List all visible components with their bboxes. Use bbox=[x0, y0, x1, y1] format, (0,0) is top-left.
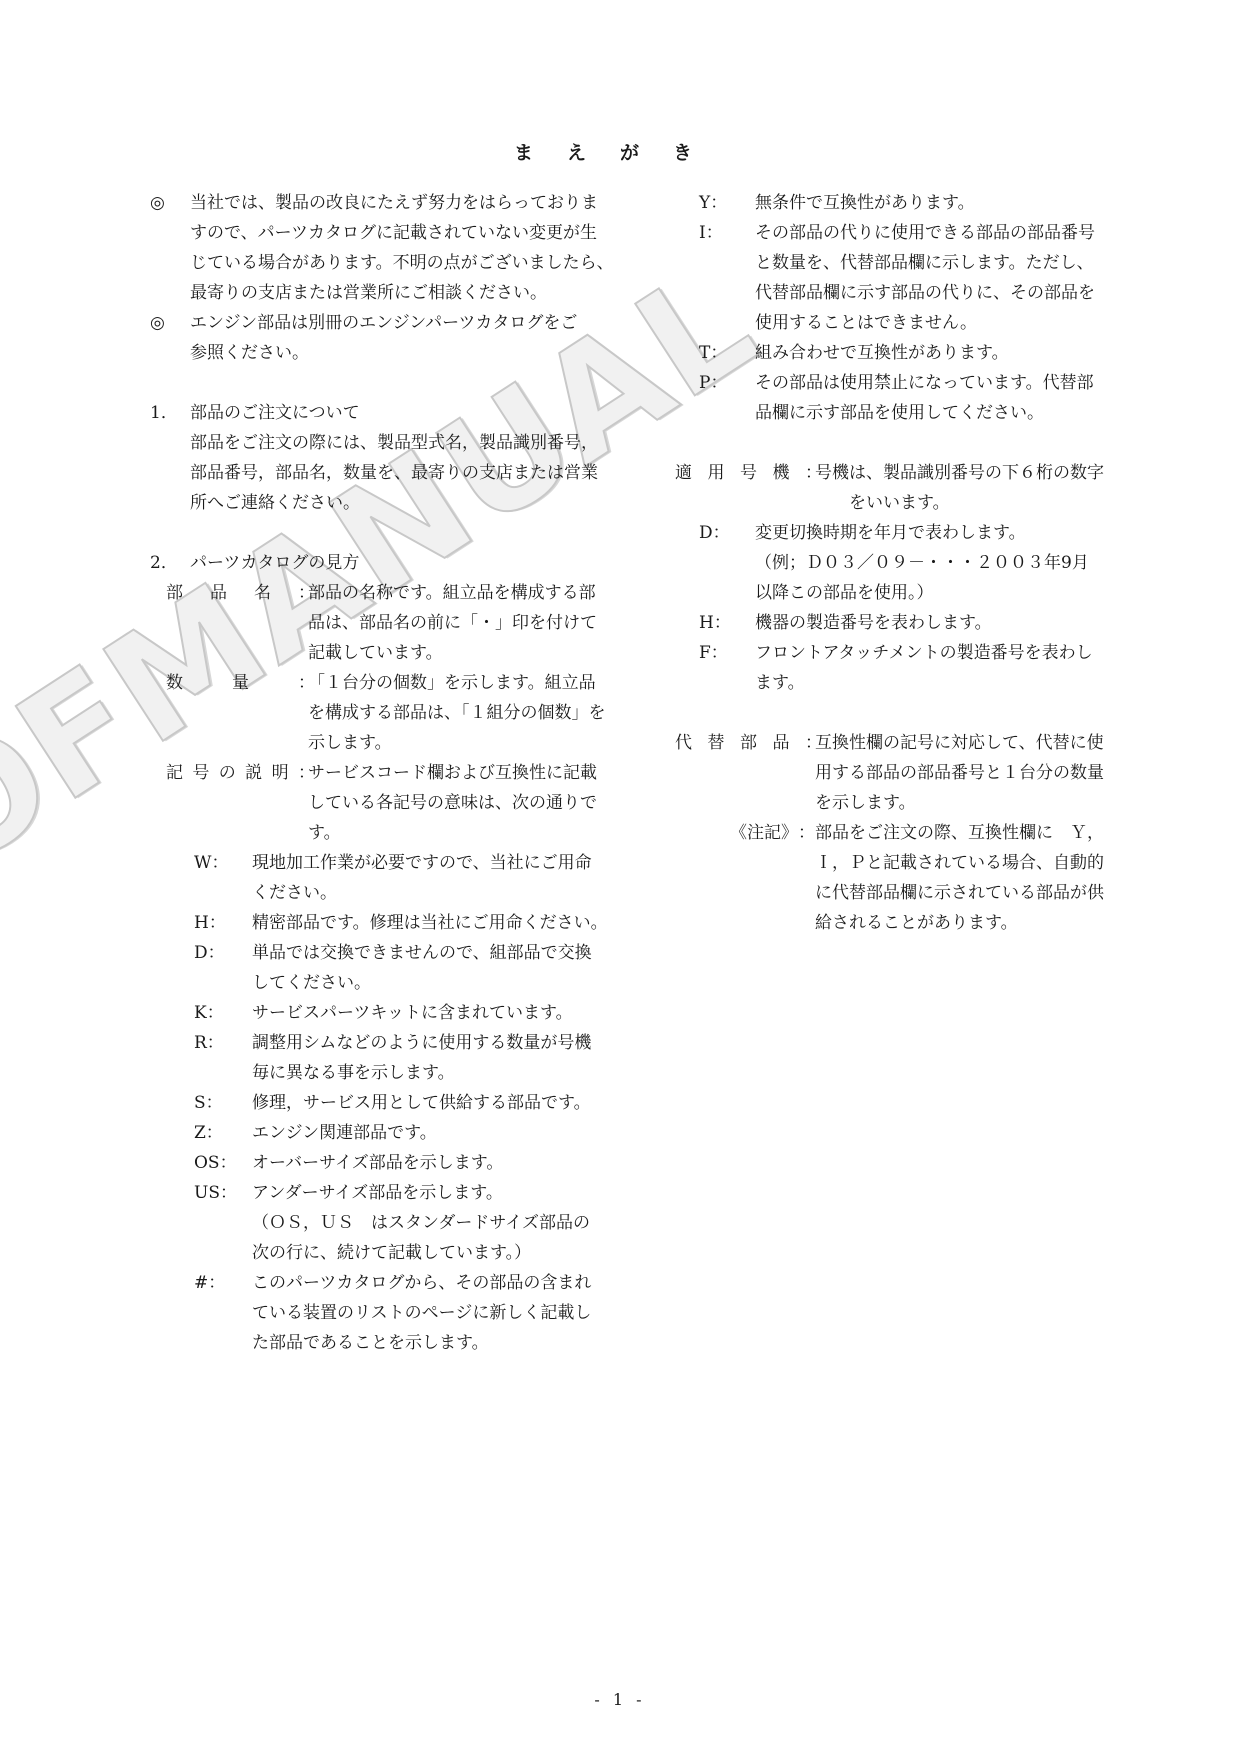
definition-line: 示します。 bbox=[308, 728, 630, 758]
note-line: 給されることがあります。 bbox=[815, 908, 1145, 938]
code-label: S： bbox=[150, 1088, 252, 1118]
note-annotation: 《注記》： 部品をご注文の際、互換性欄に Ｙ， Ｉ，Ｐと記載されている場合、自動… bbox=[675, 818, 1145, 938]
compat-code-p: P： その部品は使用禁止になっています。代替部 品欄に示す部品を使用してください… bbox=[675, 368, 1145, 428]
compat-code-t: T： 組み合わせで互換性があります。 bbox=[675, 338, 1145, 368]
note-line: 部品をご注文の際、互換性欄に Ｙ， bbox=[815, 818, 1145, 848]
double-circle-icon: ◎ bbox=[150, 308, 190, 368]
right-column: Y： 無条件で互換性があります。 I： その部品の代りに使用できる部品の部品番号… bbox=[675, 188, 1145, 938]
note-2: ◎ エンジン部品は別冊のエンジンパーツカタログをご 参照ください。 bbox=[150, 308, 630, 368]
definition-label: 適 用 号 機 ： bbox=[675, 458, 815, 518]
compat-code-i: I： その部品の代りに使用できる部品の部品番号 と数量を、代替部品欄に示します。… bbox=[675, 218, 1145, 338]
code-os: OS： オーバーサイズ部品を示します。 bbox=[150, 1148, 630, 1178]
code-line: 単品では交換できませんので、組部品で交換 bbox=[252, 938, 630, 968]
code-s: S： 修理，サービス用として供給する部品です。 bbox=[150, 1088, 630, 1118]
definition-line: をいいます。 bbox=[815, 488, 1145, 518]
code-line: ます。 bbox=[755, 668, 1145, 698]
code-us: US： アンダーサイズ部品を示します。 （ＯＳ，ＵＳ はスタンダードサイズ部品の… bbox=[150, 1178, 630, 1268]
code-label: T： bbox=[675, 338, 755, 368]
code-line: 無条件で互換性があります。 bbox=[755, 188, 1145, 218]
code-label: P： bbox=[675, 368, 755, 428]
section-2-heading: 2． パーツカタログの見方 bbox=[150, 548, 630, 578]
definition-line: を構成する部品は、「１組分の個数」を bbox=[308, 698, 630, 728]
definition-line: サービスコード欄および互換性に記載 bbox=[308, 758, 630, 788]
serial-code-d: D： 変更切換時期を年月で表わします。 （例；Ｄ０３／０９－・・・２００３年9月… bbox=[675, 518, 1145, 608]
section-number: 2． bbox=[150, 548, 190, 578]
code-line: ている装置のリストのページに新しく記載し bbox=[252, 1298, 630, 1328]
definition-label: 数 量 ： bbox=[150, 668, 308, 758]
code-label: D： bbox=[150, 938, 252, 998]
code-label: Y： bbox=[675, 188, 755, 218]
code-line: その部品は使用禁止になっています。代替部 bbox=[755, 368, 1145, 398]
section-heading: 部品のご注文について bbox=[190, 398, 630, 428]
definition-quantity: 数 量 ： 「１台分の個数」を示します。組立品 を構成する部品は、「１組分の個数… bbox=[150, 668, 630, 758]
code-line: 代替部品欄に示す部品の代りに、その部品を bbox=[755, 278, 1145, 308]
note-1: ◎ 当社では、製品の改良にたえず努力をはらっておりま すので、パーツカタログに記… bbox=[150, 188, 630, 308]
compat-code-y: Y： 無条件で互換性があります。 bbox=[675, 188, 1145, 218]
definition-line: 互換性欄の記号に対応して、代替に使 bbox=[815, 728, 1145, 758]
left-column: ◎ 当社では、製品の改良にたえず努力をはらっておりま すので、パーツカタログに記… bbox=[150, 188, 630, 1358]
code-line: 使用することはできません。 bbox=[755, 308, 1145, 338]
code-label: H： bbox=[150, 908, 252, 938]
code-label: D： bbox=[675, 518, 755, 608]
code-line: このパーツカタログから、その部品の含まれ bbox=[252, 1268, 630, 1298]
definition-line: を示します。 bbox=[815, 788, 1145, 818]
definition-symbol-explanation: 記 号 の 説 明 ： サービスコード欄および互換性に記載 している各記号の意味… bbox=[150, 758, 630, 848]
definition-label: 記 号 の 説 明 ： bbox=[150, 758, 308, 848]
section-line: 部品をご注文の際には、製品型式名，製品識別番号， bbox=[190, 428, 630, 458]
code-label: I： bbox=[675, 218, 755, 338]
definition-line: 品は、部品名の前に「・」印を付けて bbox=[308, 608, 630, 638]
code-w: W： 現地加工作業が必要ですので、当社にご用命 ください。 bbox=[150, 848, 630, 908]
note-label-wrap: 《注記》： bbox=[675, 818, 815, 938]
note-line: Ｉ，Ｐと記載されている場合、自動的 bbox=[815, 848, 1145, 878]
definition-line: 記載しています。 bbox=[308, 638, 630, 668]
code-label: W： bbox=[150, 848, 252, 908]
code-line: 品欄に示す部品を使用してください。 bbox=[755, 398, 1145, 428]
code-line: 機器の製造番号を表わします。 bbox=[755, 608, 1145, 638]
code-line: と数量を、代替部品欄に示します。ただし、 bbox=[755, 248, 1145, 278]
section-line: 部品番号，部品名，数量を、最寄りの支店または営業 bbox=[190, 458, 630, 488]
code-line: （例；Ｄ０３／０９－・・・２００３年9月 bbox=[755, 548, 1145, 578]
code-line: 修理，サービス用として供給する部品です。 bbox=[252, 1088, 630, 1118]
code-label: K： bbox=[150, 998, 252, 1028]
code-label: OS： bbox=[150, 1148, 252, 1178]
note-line: 最寄りの支店または営業所にご相談ください。 bbox=[190, 278, 630, 308]
code-h: H： 精密部品です。修理は当社にご用命ください。 bbox=[150, 908, 630, 938]
code-line: フロントアタッチメントの製造番号を表わし bbox=[755, 638, 1145, 668]
code-line: 変更切換時期を年月で表わします。 bbox=[755, 518, 1145, 548]
code-z: Z： エンジン関連部品です。 bbox=[150, 1118, 630, 1148]
code-line: 精密部品です。修理は当社にご用命ください。 bbox=[252, 908, 630, 938]
page-title: まえがき bbox=[0, 138, 1240, 165]
code-line: アンダーサイズ部品を示します。 bbox=[252, 1178, 630, 1208]
code-line: た部品であることを示します。 bbox=[252, 1328, 630, 1358]
definition-line: している各記号の意味は、次の通りで bbox=[308, 788, 630, 818]
note-line: エンジン部品は別冊のエンジンパーツカタログをご bbox=[190, 308, 630, 338]
note-line: に代替部品欄に示されている部品が供 bbox=[815, 878, 1145, 908]
definition-substitute: 代 替 部 品 ： 互換性欄の記号に対応して、代替に使 用する部品の部品番号と１… bbox=[675, 728, 1145, 818]
page-number: - 1 - bbox=[0, 1690, 1240, 1709]
code-label: Z： bbox=[150, 1118, 252, 1148]
section-number: 1． bbox=[150, 398, 190, 518]
note-line: じている場合があります。不明の点がございましたら、 bbox=[190, 248, 630, 278]
code-line: その部品の代りに使用できる部品の部品番号 bbox=[755, 218, 1145, 248]
code-line: 調整用シムなどのように使用する数量が号機 bbox=[252, 1028, 630, 1058]
code-line: （ＯＳ，ＵＳ はスタンダードサイズ部品の bbox=[252, 1208, 630, 1238]
section-line: 所へご連絡ください。 bbox=[190, 488, 630, 518]
code-line: 毎に異なる事を示します。 bbox=[252, 1058, 630, 1088]
code-line: 以降この部品を使用。） bbox=[755, 578, 1145, 608]
code-label: US： bbox=[150, 1178, 252, 1268]
note-label: 《注記》 bbox=[730, 818, 798, 938]
definition-label: 部 品 名 ： bbox=[150, 578, 308, 668]
code-label: F： bbox=[675, 638, 755, 698]
definition-line: 「１台分の個数」を示します。組立品 bbox=[308, 668, 630, 698]
note-line: すので、パーツカタログに記載されていない変更が生 bbox=[190, 218, 630, 248]
code-label: R： bbox=[150, 1028, 252, 1088]
code-line: エンジン関連部品です。 bbox=[252, 1118, 630, 1148]
code-d: D： 単品では交換できませんので、組部品で交換 してください。 bbox=[150, 938, 630, 998]
code-line: オーバーサイズ部品を示します。 bbox=[252, 1148, 630, 1178]
section-heading: パーツカタログの見方 bbox=[190, 548, 630, 578]
definition-serial: 適 用 号 機 ： 号機は、製品識別番号の下６桁の数字 をいいます。 bbox=[675, 458, 1145, 518]
code-label: H： bbox=[675, 608, 755, 638]
definition-line: 号機は、製品識別番号の下６桁の数字 bbox=[815, 458, 1145, 488]
double-circle-icon: ◎ bbox=[150, 188, 190, 308]
definition-label: 代 替 部 品 ： bbox=[675, 728, 815, 818]
code-label: #： bbox=[150, 1268, 252, 1358]
code-line: 次の行に、続けて記載しています。） bbox=[252, 1238, 630, 1268]
code-line: ください。 bbox=[252, 878, 630, 908]
code-line: してください。 bbox=[252, 968, 630, 998]
definition-line: 用する部品の部品番号と１台分の数量 bbox=[815, 758, 1145, 788]
code-line: サービスパーツキットに含まれています。 bbox=[252, 998, 630, 1028]
section-1: 1． 部品のご注文について 部品をご注文の際には、製品型式名，製品識別番号， 部… bbox=[150, 398, 630, 518]
serial-code-f: F： フロントアタッチメントの製造番号を表わし ます。 bbox=[675, 638, 1145, 698]
code-hash: #： このパーツカタログから、その部品の含まれ ている装置のリストのページに新し… bbox=[150, 1268, 630, 1358]
code-r: R： 調整用シムなどのように使用する数量が号機 毎に異なる事を示します。 bbox=[150, 1028, 630, 1088]
definition-part-name: 部 品 名 ： 部品の名称です。組立品を構成する部 品は、部品名の前に「・」印を… bbox=[150, 578, 630, 668]
code-k: K： サービスパーツキットに含まれています。 bbox=[150, 998, 630, 1028]
definition-line: す。 bbox=[308, 818, 630, 848]
note-line: 当社では、製品の改良にたえず努力をはらっておりま bbox=[190, 188, 630, 218]
definition-line: 部品の名称です。組立品を構成する部 bbox=[308, 578, 630, 608]
note-line: 参照ください。 bbox=[190, 338, 630, 368]
code-line: 組み合わせで互換性があります。 bbox=[755, 338, 1145, 368]
serial-code-h: H： 機器の製造番号を表わします。 bbox=[675, 608, 1145, 638]
code-line: 現地加工作業が必要ですので、当社にご用命 bbox=[252, 848, 630, 878]
